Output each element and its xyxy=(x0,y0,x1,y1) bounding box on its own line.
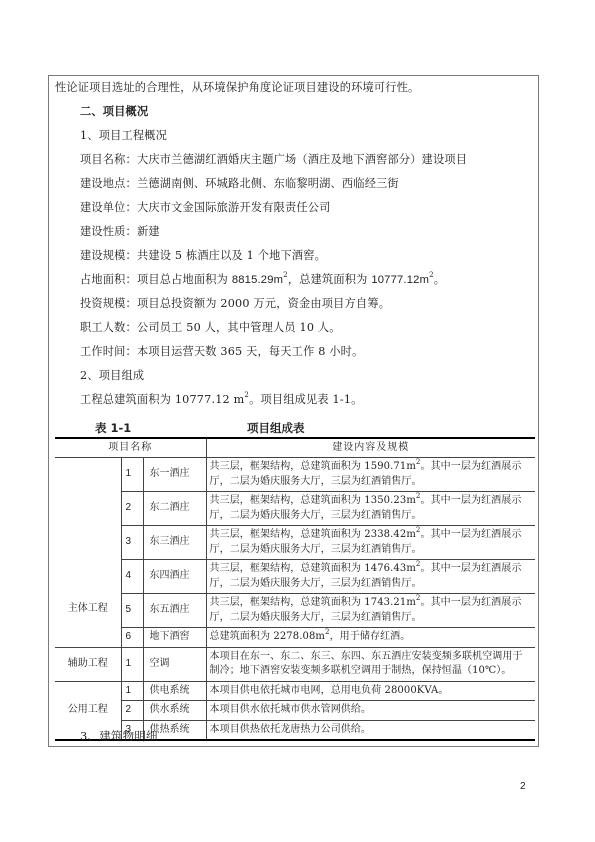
row-index: 1 xyxy=(121,681,143,701)
table-row: 5 东五酒庄 共三层，框架结构，总建筑面积为 1743.21m2。其中一层为红酒… xyxy=(55,594,535,628)
area-row: 占地面积：项目总占地面积为 8815.29m2，总建筑面积为 10777.12m… xyxy=(80,273,445,287)
intro-line: 性论证项目选址的合理性，从环境保护角度论证项目建设的环境可行性。 xyxy=(55,81,419,95)
table-row: 6 地下酒窖 总建筑面积为 2278.08m2，用于储存红酒。 xyxy=(55,628,535,648)
building-area-value: 10777.12m xyxy=(371,274,429,286)
land-area-value: 8815.29m xyxy=(232,274,283,286)
unit-value: 大庆市文金国际旅游开发有限责任公司 xyxy=(137,201,331,214)
row-index: 2 xyxy=(121,701,143,721)
superscript: 2 xyxy=(244,391,249,399)
project-name-value: 大庆市兰德湖红酒婚庆主题广场（酒庄及地下酒窖部分）建设项目 xyxy=(137,153,467,166)
subsection-heading-1: 1、项目工程概况 xyxy=(80,129,167,143)
scale-row: 建设规模：共建设 5 栋酒庄以及 1 个地下酒窖。 xyxy=(80,249,326,263)
unit-row: 建设单位：大庆市文金国际旅游开发有限责任公司 xyxy=(80,201,331,215)
row-description: 本项目在东一、东二、东三、东四、东五酒庄安装变频多联机空调用于制冷；地下酒窖安装… xyxy=(206,647,535,681)
area-text: 项目总占地面积为 xyxy=(137,273,232,286)
nature-row: 建设性质：新建 xyxy=(80,225,160,239)
row-name: 空调 xyxy=(143,647,206,681)
table-row: 4 东四酒庄 共三层，框架结构，总建筑面积为 1476.43m2。其中一层为红酒… xyxy=(55,560,535,594)
invest-row: 投资规模：项目总投资额为 2000 万元，资金由项目方自筹。 xyxy=(80,297,390,311)
row-name: 东二酒庄 xyxy=(143,492,206,526)
table-row: 公用工程 1 供电系统 本项目供电依托城市电网，总用电负荷 28000KVA。 xyxy=(55,681,535,701)
row-index: 4 xyxy=(121,560,143,594)
row-description: 共三层，框架结构，总建筑面积为 1476.43m2。其中一层为红酒展示厅，二层为… xyxy=(206,560,535,594)
desc-text: 总建筑面积为 2278.08m xyxy=(210,631,326,642)
table-row: 2 东二酒庄 共三层，框架结构，总建筑面积为 1350.23m2。其中一层为红酒… xyxy=(55,492,535,526)
worktime-row: 工作时间：本项目运营天数 365 天，每天工作 8 小时。 xyxy=(80,345,363,359)
table-row: 2 供水系统 本项目供水依托城市供水管网供给。 xyxy=(55,701,535,721)
row-name: 东一酒庄 xyxy=(143,458,206,492)
nature-label: 建设性质： xyxy=(80,225,137,238)
row-index: 5 xyxy=(121,594,143,628)
project-name-label: 项目名称： xyxy=(80,153,137,166)
table-caption-number: 表 1-1 xyxy=(95,420,131,436)
nature-value: 新建 xyxy=(137,225,160,238)
row-description: 本项目供热依托龙唐热力公司供给。 xyxy=(206,720,535,740)
worktime-value: 本项目运营天数 365 天，每天工作 8 小时。 xyxy=(137,345,364,358)
staff-value: 公司员工 50 人，其中管理人员 10 人。 xyxy=(137,321,341,334)
subsection-heading-2: 2、项目组成 xyxy=(80,369,144,383)
superscript: 2 xyxy=(416,526,421,534)
unit-label: 建设单位： xyxy=(80,201,137,214)
row-name: 东三酒庄 xyxy=(143,526,206,560)
row-description: 共三层，框架结构，总建筑面积为 1743.21m2。其中一层为红酒展示厅，二层为… xyxy=(206,594,535,628)
row-name: 东四酒庄 xyxy=(143,560,206,594)
superscript: 2 xyxy=(416,492,421,500)
row-description: 共三层，框架结构，总建筑面积为 1350.23m2。其中一层为红酒展示厅，二层为… xyxy=(206,492,535,526)
desc-text: ，用于储存红酒。 xyxy=(330,631,411,642)
table-row: 辅助工程 1 空调 本项目在东一、东二、东三、东四、东五酒庄安装变频多联机空调用… xyxy=(55,647,535,681)
scale-label: 建设规模： xyxy=(80,249,137,262)
superscript: 2 xyxy=(325,628,330,636)
location-label: 建设地点： xyxy=(80,177,137,190)
project-name-row: 项目名称：大庆市兰德湖红酒婚庆主题广场（酒庄及地下酒窖部分）建设项目 xyxy=(80,153,467,167)
row-description: 总建筑面积为 2278.08m2，用于储存红酒。 xyxy=(206,628,535,648)
subsection-heading-3: 3、建筑物明细 xyxy=(80,729,158,743)
staff-label: 职工人数： xyxy=(80,321,137,334)
composition-text: 工程总建筑面积为 10777.12 m2。项目组成见表 1-1。 xyxy=(80,393,363,407)
row-description: 共三层，框架结构，总建筑面积为 1590.71m2。其中一层为红酒展示厅，二层为… xyxy=(206,458,535,492)
area-text: ，总建筑面积为 xyxy=(288,273,371,286)
row-description: 本项目供水依托城市供水管网供给。 xyxy=(206,701,535,721)
superscript: 2 xyxy=(283,271,288,279)
page-number: 2 xyxy=(520,781,526,792)
desc-text: 共三层，框架结构，总建筑面积为 1590.71m xyxy=(210,461,416,472)
location-value: 兰德湖南侧、环城路北侧、东临黎明湖、西临经三街 xyxy=(137,177,399,190)
desc-text: 共三层，框架结构，总建筑面积为 2338.42m xyxy=(210,529,416,540)
invest-value: 项目总投资额为 2000 万元，资金由项目方自筹。 xyxy=(137,297,390,310)
desc-text: 共三层，框架结构，总建筑面积为 1743.21m xyxy=(210,597,416,608)
row-index: 6 xyxy=(121,628,143,648)
worktime-label: 工作时间： xyxy=(80,345,137,358)
superscript: 2 xyxy=(416,458,421,466)
category-cell: 主体工程 xyxy=(55,458,121,648)
header-content: 建设内容及规模 xyxy=(206,438,535,458)
scale-value: 共建设 5 栋酒庄以及 1 个地下酒窖。 xyxy=(137,249,326,262)
staff-row: 职工人数：公司员工 50 人，其中管理人员 10 人。 xyxy=(80,321,341,335)
row-name: 东五酒庄 xyxy=(143,594,206,628)
row-name: 地下酒窖 xyxy=(143,628,206,648)
section-heading: 二、项目概况 xyxy=(80,105,148,119)
row-index: 2 xyxy=(121,492,143,526)
composition-text-part: 。项目组成见表 1-1。 xyxy=(249,393,362,406)
row-description: 共三层，框架结构，总建筑面积为 2338.42m2。其中一层为红酒展示厅，二层为… xyxy=(206,526,535,560)
table-row: 3 东三酒庄 共三层，框架结构，总建筑面积为 2338.42m2。其中一层为红酒… xyxy=(55,526,535,560)
area-text: 。 xyxy=(434,273,445,286)
invest-label: 投资规模： xyxy=(80,297,137,310)
superscript: 2 xyxy=(429,271,434,279)
desc-text: 共三层，框架结构，总建筑面积为 1350.23m xyxy=(210,495,416,506)
row-name: 供水系统 xyxy=(143,701,206,721)
desc-text: 共三层，框架结构，总建筑面积为 1476.43m xyxy=(210,563,416,574)
project-composition-table: 项目名称 建设内容及规模 主体工程 1 东一酒庄 共三层，框架结构，总建筑面积为… xyxy=(55,437,535,741)
composition-text-part: 工程总建筑面积为 10777.12 m xyxy=(80,393,244,406)
table-caption-title: 项目组成表 xyxy=(247,420,305,436)
location-row: 建设地点：兰德湖南侧、环城路北侧、东临黎明湖、西临经三街 xyxy=(80,177,399,191)
area-label: 占地面积： xyxy=(80,273,137,286)
superscript: 2 xyxy=(416,560,421,568)
row-index: 1 xyxy=(121,458,143,492)
row-index: 1 xyxy=(121,647,143,681)
row-description: 本项目供电依托城市电网，总用电负荷 28000KVA。 xyxy=(206,681,535,701)
row-index: 3 xyxy=(121,526,143,560)
table-header-row: 项目名称 建设内容及规模 xyxy=(55,438,535,458)
header-project-name: 项目名称 xyxy=(55,438,206,458)
category-cell: 辅助工程 xyxy=(55,647,121,681)
row-name: 供电系统 xyxy=(143,681,206,701)
table-row: 主体工程 1 东一酒庄 共三层，框架结构，总建筑面积为 1590.71m2。其中… xyxy=(55,458,535,492)
superscript: 2 xyxy=(416,594,421,602)
